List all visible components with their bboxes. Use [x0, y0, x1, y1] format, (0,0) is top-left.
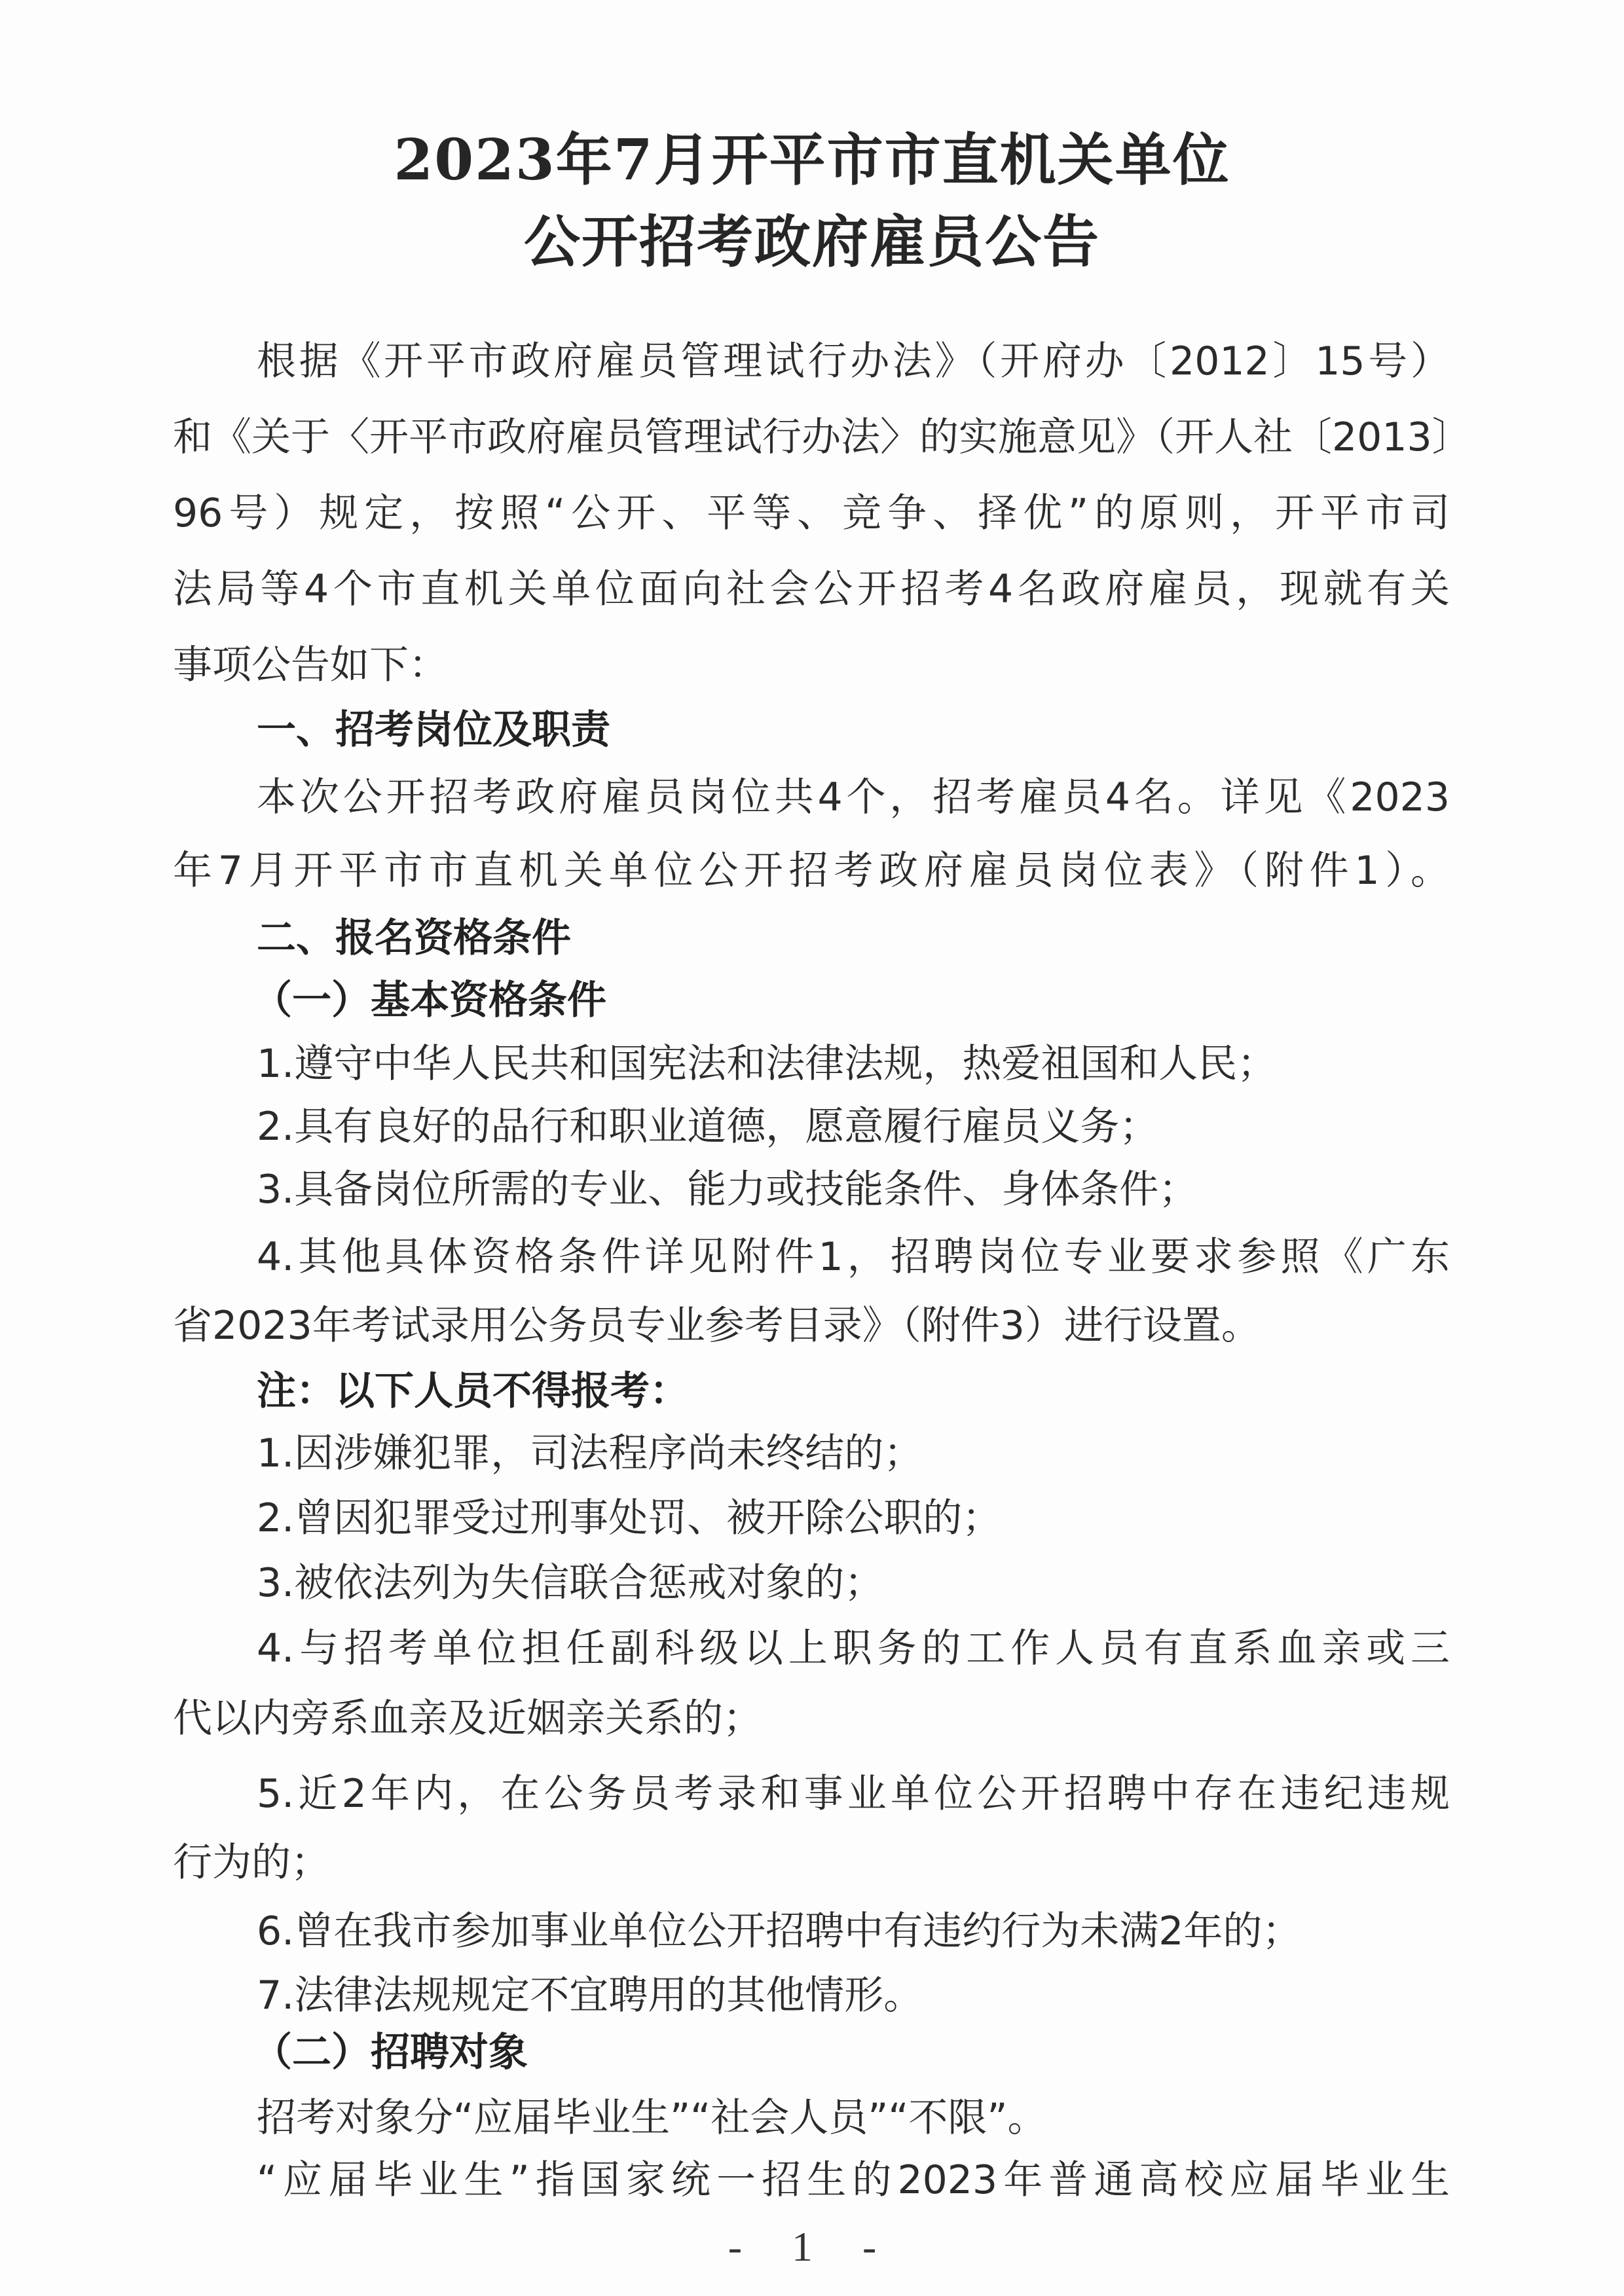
list-item: 7.法律法规规定不宜聘用的其他情形。 [257, 1969, 1450, 2022]
document-title-line-2: 公开招考政府雇员公告 [0, 196, 1624, 278]
paragraph-line: 和《关于〈开平市政府雇员管理试行办法〉的实施意见》（开人社〔2013〕 [173, 411, 1450, 464]
paragraph-line: 代以内旁系血亲及近姻亲关系的； [173, 1692, 1450, 1745]
list-item: 2.具有良好的品行和职业道德，愿意履行雇员义务； [257, 1101, 1450, 1153]
list-item: 4.其他具体资格条件详见附件1，招聘岗位专业要求参照《广东 [257, 1231, 1450, 1283]
subsection-heading-2: （二）招聘对象 [253, 2026, 1530, 2079]
paragraph-line: 事项公告如下： [173, 639, 1450, 691]
note-heading: 注：以下人员不得报考： [257, 1365, 1450, 1417]
paragraph-line: 96号）规定，按照“公开、平等、竞争、择优”的原则，开平市司 [173, 487, 1450, 539]
section-heading-2: 二、报名资格条件 [257, 912, 1450, 964]
list-item: 6.曾在我市参加事业单位公开招聘中有违约行为未满2年的； [257, 1905, 1450, 1958]
list-item: 4.与招考单位担任副科级以上职务的工作人员有直系血亲或三 [257, 1622, 1450, 1675]
section-heading-1: 一、招考岗位及职责 [257, 704, 1450, 756]
document-page: 2023年7月开平市市直机关单位 公开招考政府雇员公告 根据《开平市政府雇员管理… [0, 0, 1624, 2296]
paragraph-line: “应届毕业生”指国家统一招生的2023年普通高校应届毕业生 [257, 2154, 1450, 2206]
document-title-line-1: 2023年7月开平市市直机关单位 [0, 115, 1624, 196]
paragraph-line: 省2023年考试录用公务员专业参考目录》（附件3）进行设置。 [173, 1300, 1450, 1352]
list-item: 1.因涉嫌犯罪，司法程序尚未终结的； [257, 1427, 1450, 1480]
paragraph-line: 招考对象分“应届毕业生”“社会人员”“不限”。 [257, 2092, 1450, 2144]
list-item: 5.近2年内，在公务员考录和事业单位公开招聘中存在违纪违规 [257, 1768, 1450, 1820]
paragraph-line: 本次公开招考政府雇员岗位共4个，招考雇员4名。详见《2023 [257, 771, 1450, 824]
list-item: 2.曾因犯罪受过刑事处罚、被开除公职的； [257, 1492, 1450, 1544]
list-item: 3.被依法列为失信联合惩戒对象的； [257, 1557, 1450, 1609]
paragraph-line: 年7月开平市市直机关单位公开招考政府雇员岗位表》（附件1）。 [173, 845, 1450, 897]
paragraph-line: 根据《开平市政府雇员管理试行办法》（开府办〔2012〕15号） [257, 335, 1450, 388]
list-item: 1.遵守中华人民共和国宪法和法律法规，热爱祖国和人民； [257, 1038, 1450, 1090]
paragraph-line: 行为的； [173, 1836, 1450, 1889]
paragraph-line: 法局等4个市直机关单位面向社会公开招考4名政府雇员，现就有关 [173, 563, 1450, 615]
page-number: - 1 - [0, 2223, 1624, 2271]
list-item: 3.具备岗位所需的专业、能力或技能条件、身体条件； [257, 1163, 1450, 1216]
subsection-heading-1: （一）基本资格条件 [253, 974, 1530, 1027]
